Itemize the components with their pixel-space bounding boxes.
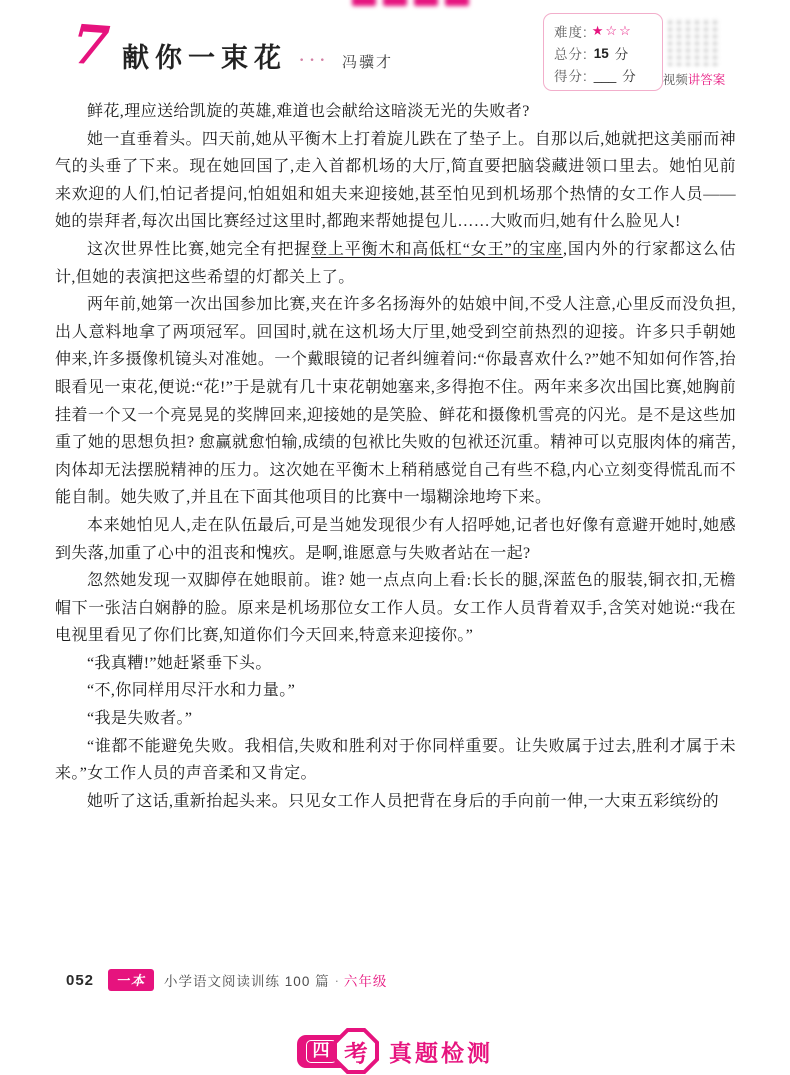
title-separator-dots: ··· — [299, 52, 330, 70]
article-paragraph: 鲜花,理应送给凯旋的英雄,难道也会献给这暗淡无光的失败者? — [55, 98, 736, 126]
paragraph-text: “谁都不能避免失败。我相信,失败和胜利对于你同样重要。让失败属于过去,胜利才属于… — [55, 738, 736, 783]
total-score-row: 总分: 15 分 — [554, 42, 662, 64]
article-paragraph: “我是失败者。” — [55, 705, 736, 733]
difficulty-label: 难度: — [554, 21, 588, 41]
paragraph-text: 两年前,她第一次出国参加比赛,夹在许多名扬海外的姑娘中间,不受人注意,心里反而没… — [55, 296, 736, 506]
article-paragraph: 她听了这话,重新抬起头来。只见女工作人员把背在身后的手向前一伸,一大束五彩缤纷的 — [55, 788, 736, 816]
lesson-number: 7 — [70, 17, 111, 73]
video-answer-block: 视频讲答案 — [658, 18, 730, 88]
article-paragraph: 她一直垂着头。四天前,她从平衡木上打着旋儿跌在了垫子上。自那以后,她就把这美丽而… — [55, 126, 736, 236]
article-title: 献你一束花 — [122, 36, 287, 75]
my-score-label: 得分: — [554, 65, 588, 85]
page-footer: 052 一本 小学语文阅读训练 100 篇 · 六年级 — [0, 968, 790, 992]
difficulty-row: 难度: ★☆☆ — [554, 20, 662, 42]
exam-badge-icon: 考 — [333, 1028, 379, 1074]
article-paragraph: 忽然她发现一双脚停在她眼前。谁? 她一点点向上看:长长的腿,深蓝色的服装,铜衣扣… — [55, 567, 736, 650]
page-number: 052 — [66, 972, 94, 989]
paragraph-text: 忽然她发现一双脚停在她眼前。谁? 她一点点向上看:长长的腿,深蓝色的服装,铜衣扣… — [55, 572, 736, 644]
lesson-header: 7 献你一束花 ··· 冯骥才 难度: ★☆☆ 总分: 15 分 得分: ___… — [0, 0, 790, 100]
paragraph-text: “不,你同样用尽汗水和力量。” — [87, 682, 295, 699]
section-number: 四 — [306, 1040, 337, 1063]
my-score-unit: 分 — [622, 65, 636, 85]
article-body: 鲜花,理应送给凯旋的英雄,难道也会献给这暗淡无光的失败者?她一直垂着头。四天前,… — [55, 98, 736, 815]
qr-caption-suffix: 讲答案 — [688, 73, 726, 87]
brand-badge: 一本 — [108, 969, 154, 991]
section-banner: 四 考 真题检测 — [0, 1028, 790, 1074]
article-paragraph: “不,你同样用尽汗水和力量。” — [55, 677, 736, 705]
total-score-unit: 分 — [615, 43, 629, 63]
total-score-value: 15 — [594, 46, 609, 61]
my-score-row: 得分: ___ 分 — [554, 64, 662, 86]
article-paragraph: 本来她怕见人,走在队伍最后,可是当她发现很少有人招呼她,记者也好像有意避开她时,… — [55, 512, 736, 567]
exam-badge-char: 考 — [342, 1032, 370, 1069]
grade-label: 六年级 — [344, 970, 388, 990]
qr-caption-prefix: 视频 — [663, 73, 688, 87]
article-paragraph: 这次世界性比赛,她完全有把握登上平衡木和高低杠“女王”的宝座,国内外的行家都这么… — [55, 236, 736, 291]
section-banner-title: 真题检测 — [389, 1035, 493, 1068]
article-paragraph: “我真糟!”她赶紧垂下头。 — [55, 650, 736, 678]
section-banner-inner: 四 考 真题检测 — [297, 1028, 493, 1074]
score-box: 难度: ★☆☆ 总分: 15 分 得分: ___ 分 — [543, 13, 663, 91]
qr-code-icon[interactable] — [668, 18, 720, 66]
total-score-label: 总分: — [554, 43, 588, 63]
paragraph-text: “我是失败者。” — [87, 710, 192, 727]
difficulty-stars: ★☆☆ — [592, 23, 633, 39]
paragraph-text: 她一直垂着头。四天前,她从平衡木上打着旋儿跌在了垫子上。自那以后,她就把这美丽而… — [55, 131, 736, 231]
article-author: 冯骥才 — [342, 51, 393, 72]
paragraph-text: 鲜花,理应送给凯旋的英雄,难道也会献给这暗淡无光的失败者? — [87, 103, 530, 120]
article-paragraph: “谁都不能避免失败。我相信,失败和胜利对于你同样重要。让失败属于过去,胜利才属于… — [55, 733, 736, 788]
footer-separator: · — [335, 973, 339, 988]
qr-caption: 视频讲答案 — [658, 70, 730, 88]
series-title: 小学语文阅读训练 100 篇 — [164, 970, 330, 990]
textbook-page: 7 献你一束花 ··· 冯骥才 难度: ★☆☆ 总分: 15 分 得分: ___… — [0, 0, 790, 1075]
paragraph-text: 她听了这话,重新抬起头来。只见女工作人员把背在身后的手向前一伸,一大束五彩缤纷的 — [87, 793, 719, 810]
title-row: 献你一束花 ··· 冯骥才 — [122, 36, 393, 75]
paragraph-text: 这次世界性比赛,她完全有把握 — [87, 241, 311, 258]
underlined-phrase: 登上平衡木和高低杠“女王”的宝座 — [311, 241, 563, 258]
article-paragraph: 两年前,她第一次出国参加比赛,夹在许多名扬海外的姑娘中间,不受人注意,心里反而没… — [55, 291, 736, 512]
paragraph-text: 本来她怕见人,走在队伍最后,可是当她发现很少有人招呼她,记者也好像有意避开她时,… — [55, 517, 736, 562]
paragraph-text: “我真糟!”她赶紧垂下头。 — [87, 655, 272, 672]
my-score-blank[interactable]: ___ — [594, 68, 617, 83]
